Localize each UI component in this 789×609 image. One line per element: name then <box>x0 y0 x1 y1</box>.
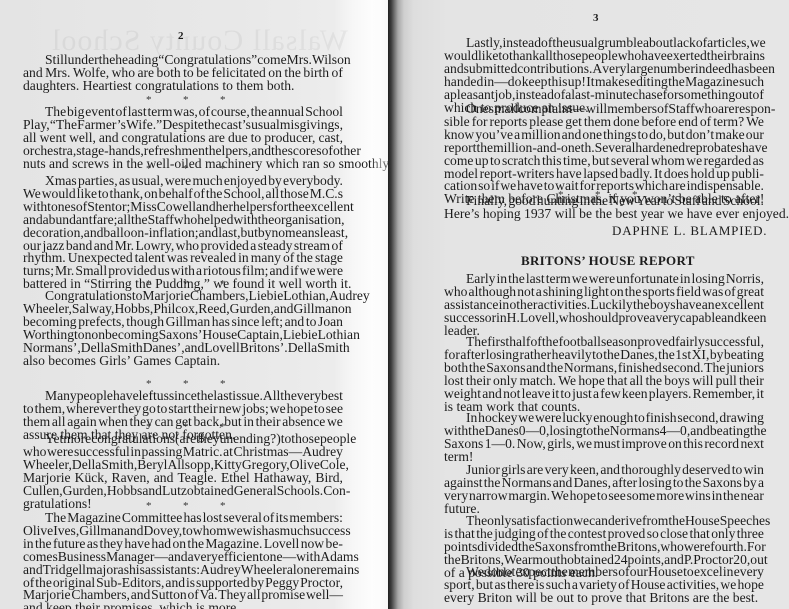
text-line: Here’s hoping 1937 will be the best year… <box>444 206 764 222</box>
text-line: and keep their promises, which is more. <box>23 600 343 609</box>
section-heading: BRITONS’ HOUSE REPORT <box>521 253 695 269</box>
left-page: Walsall County School 2 Stillunderthehea… <box>0 0 388 609</box>
right-page: 3 Lastly,insteadoftheusualgrumbleaboutla… <box>388 0 789 609</box>
page-number: 2 <box>178 30 184 42</box>
text-line: daughters. Heartiest congratulations to … <box>23 78 343 94</box>
text-line: also becomes Girls’ Games Captain. <box>23 353 343 369</box>
page-curve-highlight <box>370 0 388 609</box>
text-line: every Briton will be out to prove that B… <box>444 590 764 606</box>
author-signature: DAPHNE L. BLAMPIED. <box>612 223 767 239</box>
page-number: 3 <box>593 12 599 24</box>
